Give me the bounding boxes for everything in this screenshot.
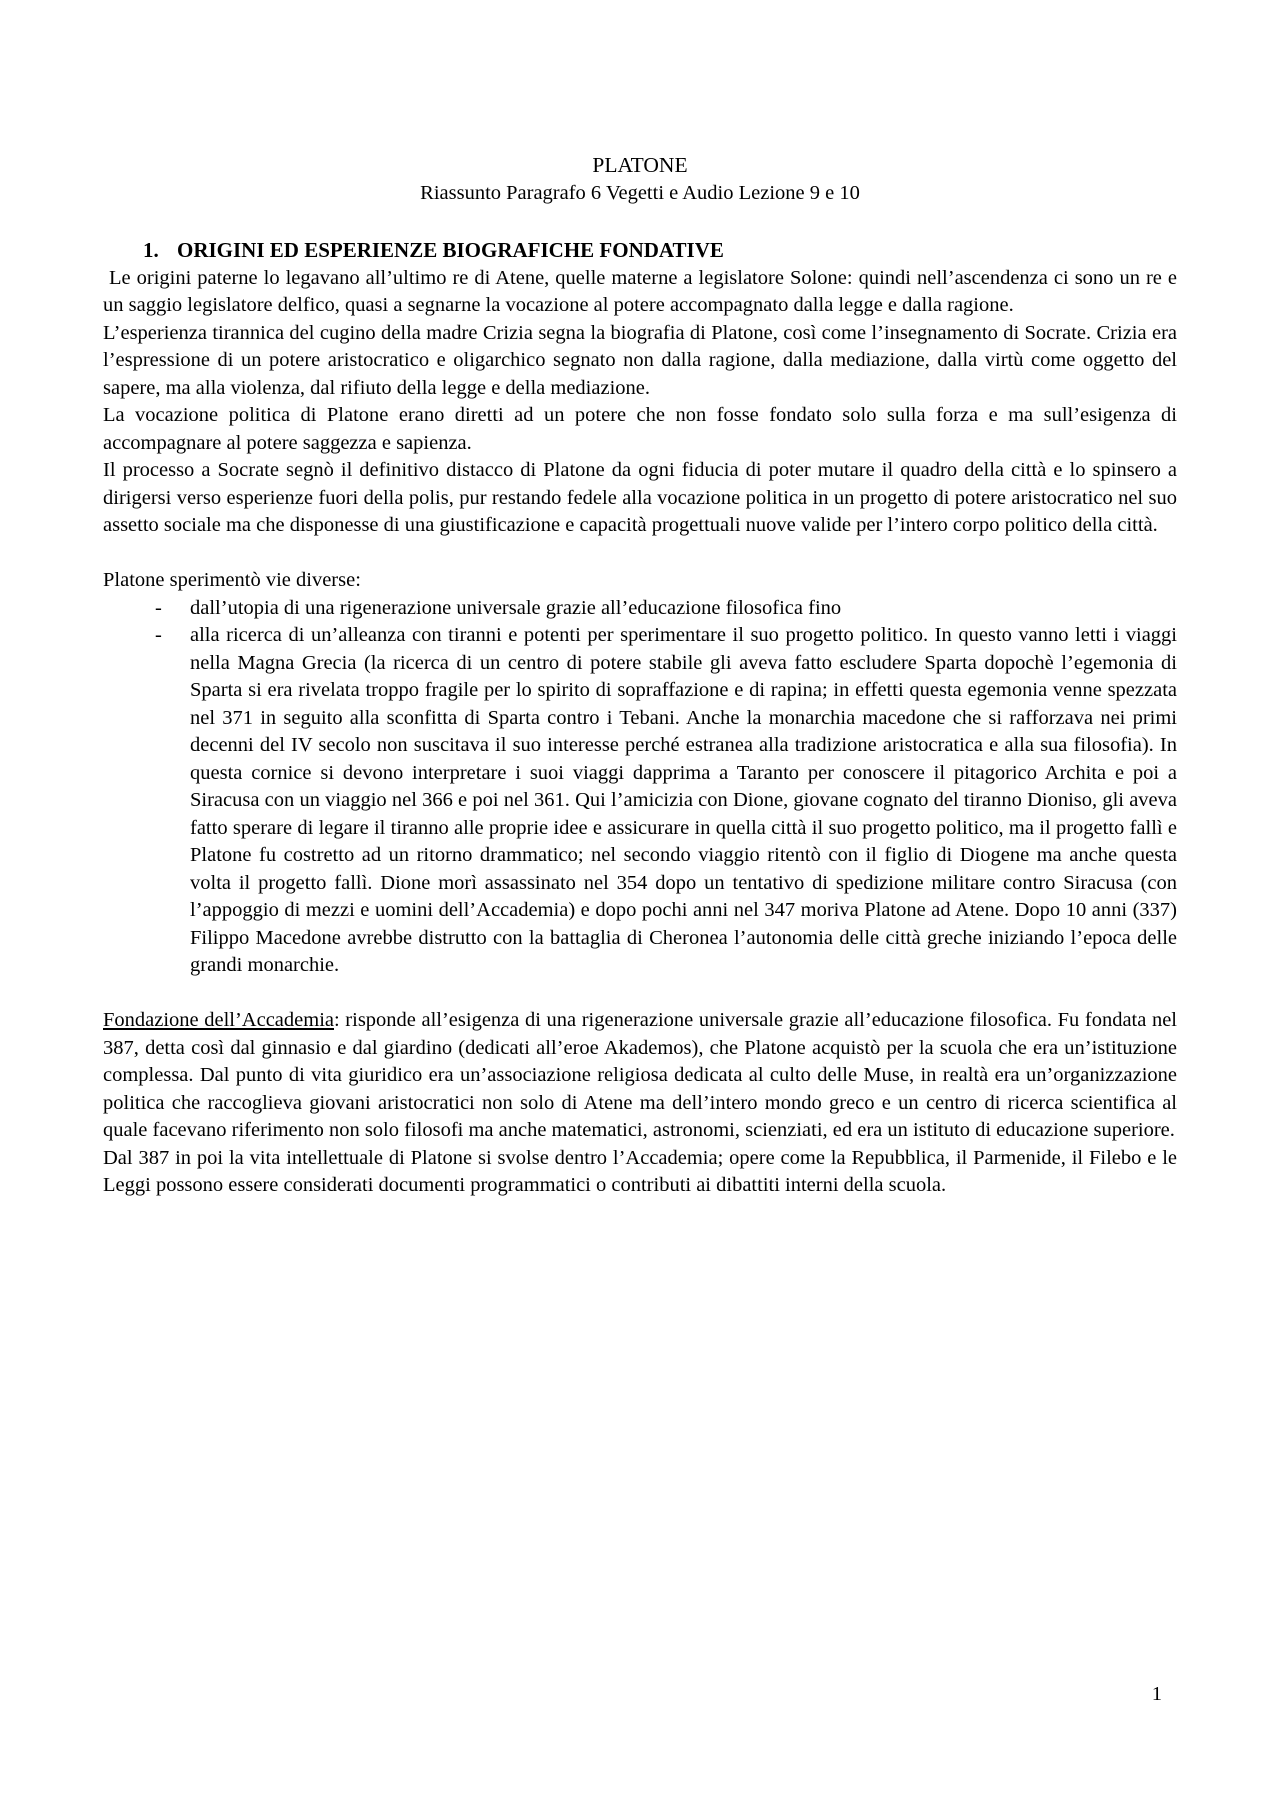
paragraph-fondazione-accademia: Fondazione dell’Accademia: risponde all’… [103, 1007, 1177, 1145]
paragraph-processo-socrate: Il processo a Socrate segnò il definitiv… [103, 457, 1177, 540]
paragraph-vocazione-politica: La vocazione politica di Platone erano d… [103, 402, 1177, 457]
list-item: - alla ricerca di un’alleanza con tirann… [103, 622, 1177, 980]
page-number: 1 [1152, 1681, 1162, 1709]
fondazione-underlined-lead: Fondazione dell’Accademia [103, 1009, 334, 1031]
dash-bullet: - [155, 595, 162, 623]
doc-subtitle: Riassunto Paragrafo 6 Vegetti e Audio Le… [103, 180, 1177, 208]
dash-bullet: - [155, 622, 162, 650]
section-number: 1. [143, 237, 177, 265]
list-item-text: dall’utopia di una rigenerazione univers… [190, 597, 841, 619]
list-item-text: alla ricerca di un’alleanza con tiranni … [190, 624, 1177, 976]
section-heading: 1. ORIGINI ED ESPERIENZE BIOGRAFICHE FON… [103, 237, 1177, 265]
experiments-list: - dall’utopia di una rigenerazione unive… [103, 595, 1177, 980]
section-heading-text: ORIGINI ED ESPERIENZE BIOGRAFICHE FONDAT… [177, 237, 724, 265]
doc-title: PLATONE [103, 152, 1177, 180]
list-item: - dall’utopia di una rigenerazione unive… [103, 595, 1177, 623]
document-page: PLATONE Riassunto Paragrafo 6 Vegetti e … [0, 0, 1280, 1811]
paragraph-esperienza-tirannica: L’esperienza tirannica del cugino della … [103, 320, 1177, 403]
paragraph-origini: Le origini paterne lo legavano all’ultim… [103, 265, 1177, 320]
paragraph-vita-intellettuale: Dal 387 in poi la vita intellettuale di … [103, 1145, 1177, 1200]
list-intro: Platone sperimentò vie diverse: [103, 567, 1177, 595]
